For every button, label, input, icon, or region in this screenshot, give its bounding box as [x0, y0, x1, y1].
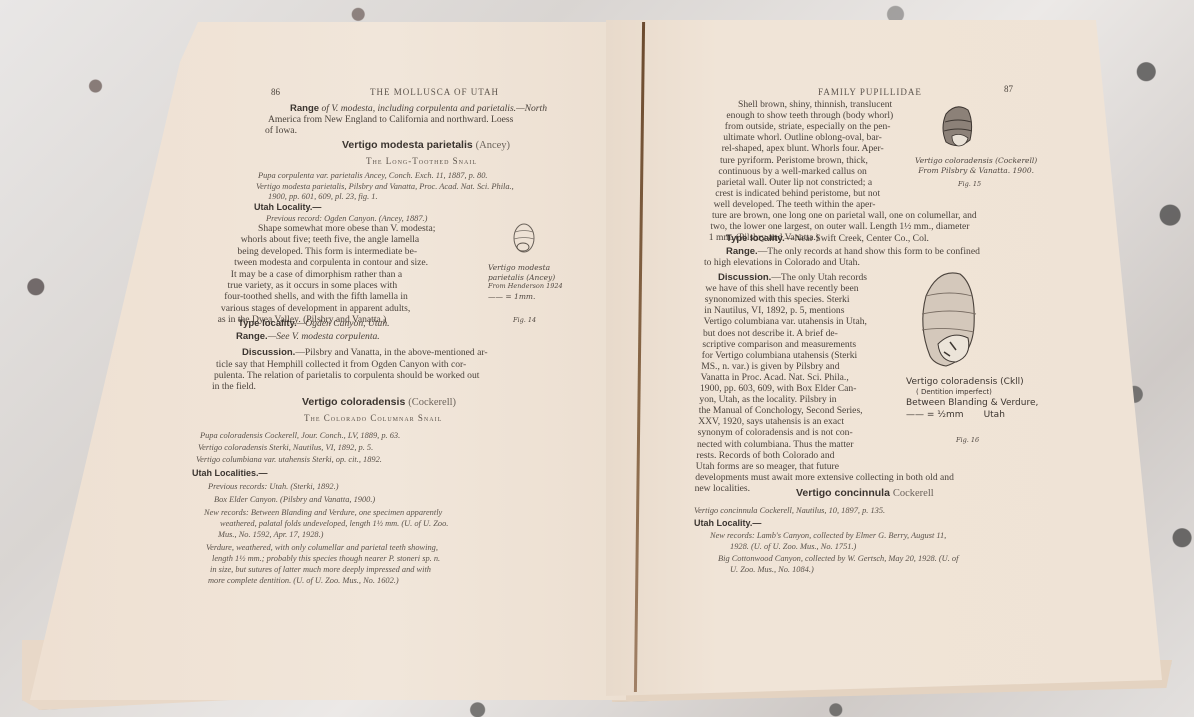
- text-line: scriptive comparison and measurements: [702, 339, 856, 351]
- discussion-parietalis-line-2: ticle say that Hemphill collected it fro…: [216, 359, 466, 371]
- text-line: well developed. The teeth within the ape…: [714, 199, 876, 211]
- text-line: in Nautilus, VI, 1892, p. 5, mentions: [704, 305, 844, 317]
- page-number-right: 87: [1004, 84, 1013, 96]
- text-line: we have of this shell have recently been: [705, 283, 858, 295]
- text-line: true variety, as it occurs in some place…: [228, 280, 398, 292]
- range-coloradensis-line-2: to high elevations in Colorado and Utah.: [704, 257, 860, 269]
- new-records-line: New records: Between Blanding and Verdur…: [204, 507, 442, 518]
- text-line: synonomized with this species. Sterki: [705, 294, 850, 306]
- text-line: MS., n. var.) is given by Pilsbry and: [701, 361, 839, 373]
- verdure-record-line: in size, but sutures of latter much more…: [210, 564, 431, 575]
- concinnula-record-line: New records: Lamb's Canyon, collected by…: [710, 530, 946, 541]
- synonym-line: Pupa coloradensis Cockerell, Jour. Conch…: [200, 430, 400, 441]
- text-line: whorls about five; teeth five, the angle…: [241, 234, 420, 246]
- type-locality-parietalis: Type locality.—Ogden Canyon, Utah.: [238, 318, 390, 330]
- range-parietalis: Range.—See V. modesta corpulenta.: [236, 331, 380, 343]
- text-line: various stages of development in apparen…: [221, 303, 410, 315]
- utah-locality-concinnula: Utah Locality.—: [694, 518, 761, 530]
- figure-caption-fig16: Vertigo coloradensis (Ckll) ( Dentition …: [906, 378, 1038, 420]
- concinnula-record-line: 1928. (U. of U. Zoo. Mus., No. 1751.): [730, 541, 856, 552]
- concinnula-record-line: U. Zoo. Mus., No. 1084.): [730, 564, 814, 575]
- new-records-line: weathered, palatal folds undeveloped, le…: [220, 518, 448, 529]
- text-line: new localities.: [695, 483, 750, 495]
- common-name-parietalis: The Long-Toothed Snail: [366, 156, 477, 168]
- text-line: rests. Records of both Colorado and: [696, 450, 834, 462]
- synonym-line: Vertigo coloradensis Sterki, Nautilus, V…: [198, 442, 373, 453]
- text-line: for Vertigo columbiana utahensis (Sterki: [702, 350, 857, 362]
- text-line: but does not describe it. A brief de-: [703, 328, 838, 340]
- text-line: yon, Utah, as the locality. Pilsbry in: [699, 394, 836, 406]
- text-line: XXV, 1920, says utahensis is an exact: [698, 416, 844, 428]
- shell-illustration-fig16: [916, 266, 986, 374]
- text-line: nected with columbiana. Thus the matter: [697, 439, 853, 451]
- discussion-parietalis-line-4: in the field.: [212, 381, 256, 393]
- range-coloradensis-line-1: Range.—The only records at hand show thi…: [726, 246, 980, 258]
- figure-caption-fig15: Vertigo coloradensis (Cockerell) From Pi…: [915, 156, 1037, 175]
- text-line: being developed. This form is intermedia…: [237, 246, 417, 258]
- box-elder-record: Box Elder Canyon. (Pilsbry and Vanatta, …: [214, 494, 375, 505]
- synonym-concinnula: Vertigo concinnula Cockerell, Nautilus, …: [694, 505, 885, 516]
- text-line: crest is indicated behind peristome, but…: [715, 188, 880, 200]
- text-line: 1900, pp. 603, 609, with Box Elder Can-: [700, 383, 856, 395]
- species-title-parietalis: Vertigo modesta parietalis (Ancey): [342, 140, 510, 152]
- text-line: Utah forms are so meager, that future: [696, 461, 839, 473]
- figure-number-fig15: Fig. 15: [958, 180, 981, 190]
- discussion-parietalis-line-1: Discussion.—Pilsbry and Vanatta, in the …: [242, 347, 488, 359]
- species-title-coloradensis: Vertigo coloradensis (Cockerell): [302, 397, 456, 409]
- species-title-concinnula: Vertigo concinnula Cockerell: [796, 488, 934, 500]
- synonym-line: Vertigo columbiana var. utahensis Sterki…: [196, 454, 382, 465]
- shell-illustration-fig15: [938, 100, 978, 152]
- common-name-coloradensis: The Colorado Columnar Snail: [304, 413, 442, 425]
- text-line: ture are brown, one long one on parietal…: [712, 210, 977, 222]
- discussion-parietalis-line-3: pulenta. The relation of parietalis to c…: [214, 370, 479, 382]
- text-line: Vanatta in Proc. Acad. Nat. Sci. Phila.,: [701, 372, 849, 384]
- synonym-line: 1900, pp. 601, 609, pl. 23, fig. 1.: [268, 191, 378, 202]
- range-intro-line-3: of Iowa.: [265, 125, 297, 137]
- utah-locality-label: Utah Locality.—: [254, 202, 321, 214]
- text-line: rel-shaped, apex blunt. Whorls four. Ape…: [722, 143, 884, 155]
- verdure-record-line: more complete dentition. (U. of U. Zoo. …: [208, 575, 399, 586]
- concinnula-record-line: Big Cottonwood Canyon, collected by W. G…: [718, 553, 958, 564]
- running-head-left: THE MOLLUSCA OF UTAH: [370, 87, 499, 99]
- previous-records: Previous records: Utah. (Sterki, 1892.): [208, 481, 338, 492]
- text-line: the Manual of Conchology, Second Series,: [699, 405, 863, 417]
- text-line: ture pyriform. Peristome brown, thick,: [720, 155, 868, 167]
- figure-number-fig16: Fig. 16: [956, 436, 979, 446]
- text-line: ultimate whorl. Outline oblong-oval, bar…: [723, 132, 882, 144]
- text-line: two, the lower one largest, on outer wal…: [710, 221, 969, 233]
- text-line: developments must await more extensive c…: [695, 472, 954, 484]
- synonym-line: Pupa corpulenta var. parietalis Ancey, C…: [258, 170, 488, 181]
- text-line: continuous by a well-marked callus on: [718, 166, 866, 178]
- text-line: tween modesta and corpulenta in contour …: [234, 257, 428, 269]
- page-number-left: 86: [271, 87, 280, 99]
- figure-caption-fig14: Vertigo modesta parietalis (Ancey) From …: [488, 263, 563, 301]
- text-line: Discussion.—The only Utah records: [718, 272, 867, 284]
- text-line: Shell brown, shiny, thinnish, translucen…: [738, 99, 892, 111]
- verdure-record-line: Verdure, weathered, with only columellar…: [206, 542, 438, 553]
- running-head-right: FAMILY PUPILLIDAE: [818, 87, 922, 99]
- new-records-line: Mus., No. 1592, Apr. 17, 1928.): [218, 529, 323, 540]
- text-line: from outside, striate, especially on the…: [725, 121, 891, 133]
- text-line: Shape somewhat more obese than V. modest…: [258, 223, 435, 235]
- range-intro-line-2: America from New England to California a…: [268, 114, 513, 126]
- text-line: enough to show teeth through (body whorl…: [726, 110, 893, 122]
- text-line: parietal wall. Outer lip not constricted…: [717, 177, 872, 189]
- verdure-record-line: length 1½ mm.; probably this species tho…: [212, 553, 440, 564]
- shell-illustration-fig14: [510, 220, 540, 260]
- range-intro-line-1: Range of V. modesta, including corpulent…: [290, 103, 547, 115]
- text-line: It may be a case of dimorphism rather th…: [231, 269, 402, 281]
- figure-number-fig14: Fig. 14: [513, 316, 536, 326]
- text-line: Vertigo columbiana var. utahensis in Uta…: [704, 316, 867, 328]
- type-locality-coloradensis: Type locality.—Near Swift Creek, Center …: [726, 233, 929, 245]
- text-line: synonym of coloradensis and is not con-: [698, 427, 853, 439]
- utah-localities-label: Utah Localities.—: [192, 468, 268, 480]
- text-line: four-toothed shells, and with the fifth …: [224, 291, 408, 303]
